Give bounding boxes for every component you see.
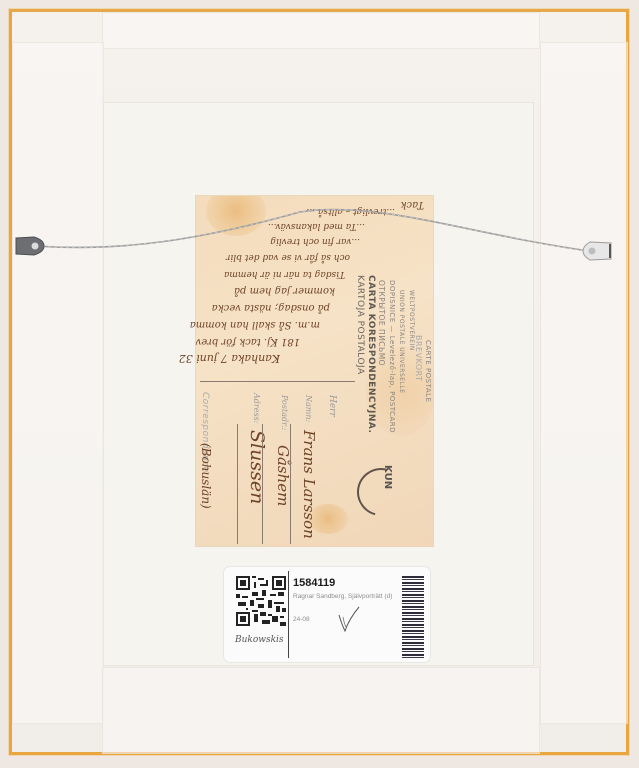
letter-line: och så får vi se vad det blir	[226, 252, 350, 262]
address-label: Adress:	[252, 393, 261, 423]
printed-line: CARTE POSTALE	[424, 340, 432, 402]
printed-line: WELTPOSTVEREIN	[408, 290, 415, 351]
printed-line: BREVKORT	[414, 335, 423, 382]
lot-date: 24-08	[293, 616, 310, 623]
address-rule	[237, 424, 238, 544]
printed-line: ОТКРЫТОЕ ПИСЬМО	[377, 280, 386, 366]
tape-top	[102, 12, 540, 49]
letter-line: m.m. Så skall han komma	[190, 319, 320, 330]
letter-line: ...trevligt – alltså ...	[307, 206, 395, 216]
postmark-text: KUN	[382, 465, 393, 489]
printed-line: KARTOJA POSTALOJA	[355, 275, 365, 375]
brand-signature: Bukowskis	[235, 635, 284, 645]
post-label: Postadr.:	[280, 395, 289, 430]
address-rule	[290, 424, 291, 544]
printed-line: DOPISNICE — Levelező-lap, POSTCARD	[388, 280, 396, 433]
lot-number: 1584119	[293, 577, 335, 589]
recipient-label: Herr	[327, 395, 337, 417]
printed-line: UNION POSTALE UNIVERSELLE	[398, 290, 405, 394]
letter-line: ...Ta med lakansväv...	[268, 221, 365, 231]
handwritten-check-icon	[337, 605, 361, 633]
address-rule	[262, 424, 263, 544]
tape-left	[12, 42, 104, 724]
recipient-name: Frans Larsson	[300, 430, 318, 539]
letter-line: kommer jag hem på	[234, 285, 335, 296]
letter-line: Kanhaka 7 juni 32	[179, 352, 280, 365]
divider-line	[200, 381, 355, 382]
recipient-address: Slussen	[246, 430, 268, 504]
qr-code-icon	[236, 576, 286, 626]
label-divider	[288, 571, 289, 658]
tape-right	[540, 42, 628, 724]
printed-line: CARTA KORESPONDENCYJNA.	[366, 275, 376, 433]
barcode	[402, 576, 424, 658]
auction-label: Bukowskis 1584119 Ragnar Sandberg, Själv…	[224, 567, 430, 662]
lot-title: Ragnar Sandberg, Självporträtt (d)	[293, 593, 393, 601]
name-label: Namn:	[304, 395, 313, 422]
paper-stain	[206, 196, 266, 236]
recipient-region: (Bohuslän)	[199, 443, 213, 509]
letter-line: ...var fin och trevlig	[270, 236, 360, 246]
letter-line: på onsdag; nästa vecka	[212, 302, 330, 313]
letter-line: Tisdag ta när ni är hemma	[224, 269, 345, 279]
tape-bottom	[102, 667, 540, 754]
corner-note: Tack	[400, 199, 424, 210]
letter-line: 181 Kj. tack för brev	[196, 336, 300, 347]
